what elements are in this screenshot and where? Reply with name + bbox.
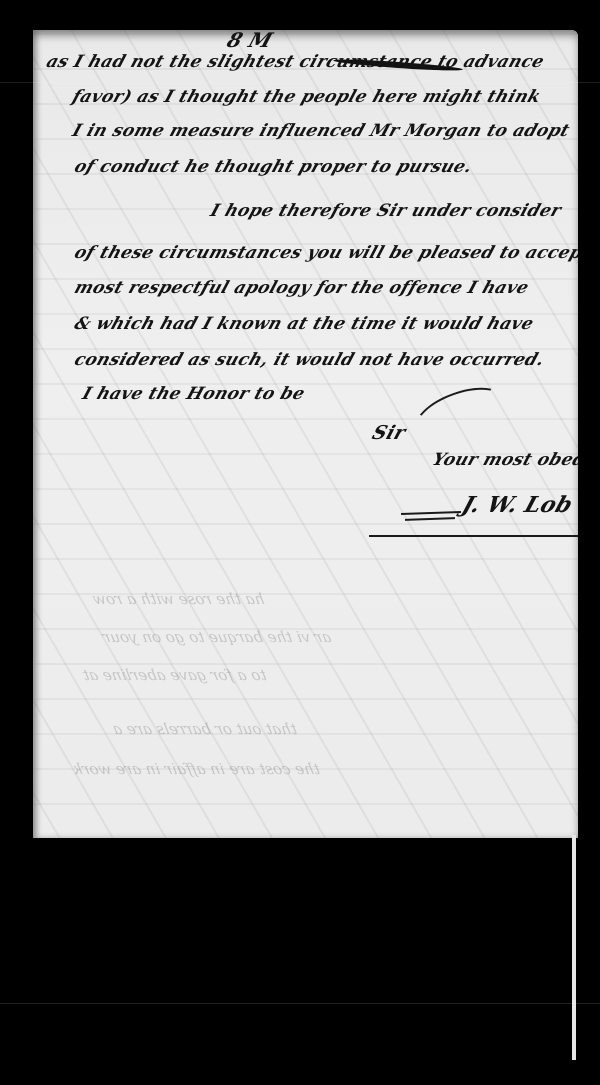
scan-artifact (0, 82, 600, 83)
letter-line-5: I hope therefore Sir under consider (208, 201, 564, 221)
letter-line-2: favor) as I thought the people here migh… (70, 87, 544, 107)
letter-line-6: of these circumstances you will be pleas… (72, 243, 578, 263)
letter-line-9: considered as such, it would not have oc… (72, 350, 547, 370)
signature: J. W. Lob (459, 492, 576, 518)
letter-line-1: as I had not the slightest circumstance … (44, 52, 547, 72)
bleed-through-line: ar vi the barque to go on your (101, 628, 333, 646)
bleed-through-line: that out or barrels are a (111, 720, 298, 738)
scan-artifact (0, 1003, 600, 1004)
bleed-through-line: ha the rose with a row (91, 590, 266, 608)
closing-rule (369, 535, 578, 537)
valediction: Your most obed (430, 450, 578, 470)
letter-line-3: I in some measure influenced Mr Morgan t… (70, 121, 572, 141)
page-edge-strip (572, 835, 576, 1060)
letter-line-7: most respectful apology for the offence … (72, 278, 532, 298)
letter-line-10: I have the Honor to be (80, 384, 308, 404)
bleed-through-line: the cost are in affair in are work (71, 760, 321, 778)
bleed-through-texture (33, 30, 578, 838)
margin-annotation: 8 M (224, 30, 276, 52)
letter-line-8: & which had I known at the time it would… (72, 314, 536, 334)
letter-line-4: of conduct he thought proper to pursue. (72, 157, 475, 177)
bleed-through-line: to a for gave aberline at (81, 666, 268, 684)
letter-page: ha the rose with a row ar vi the barque … (33, 30, 578, 838)
